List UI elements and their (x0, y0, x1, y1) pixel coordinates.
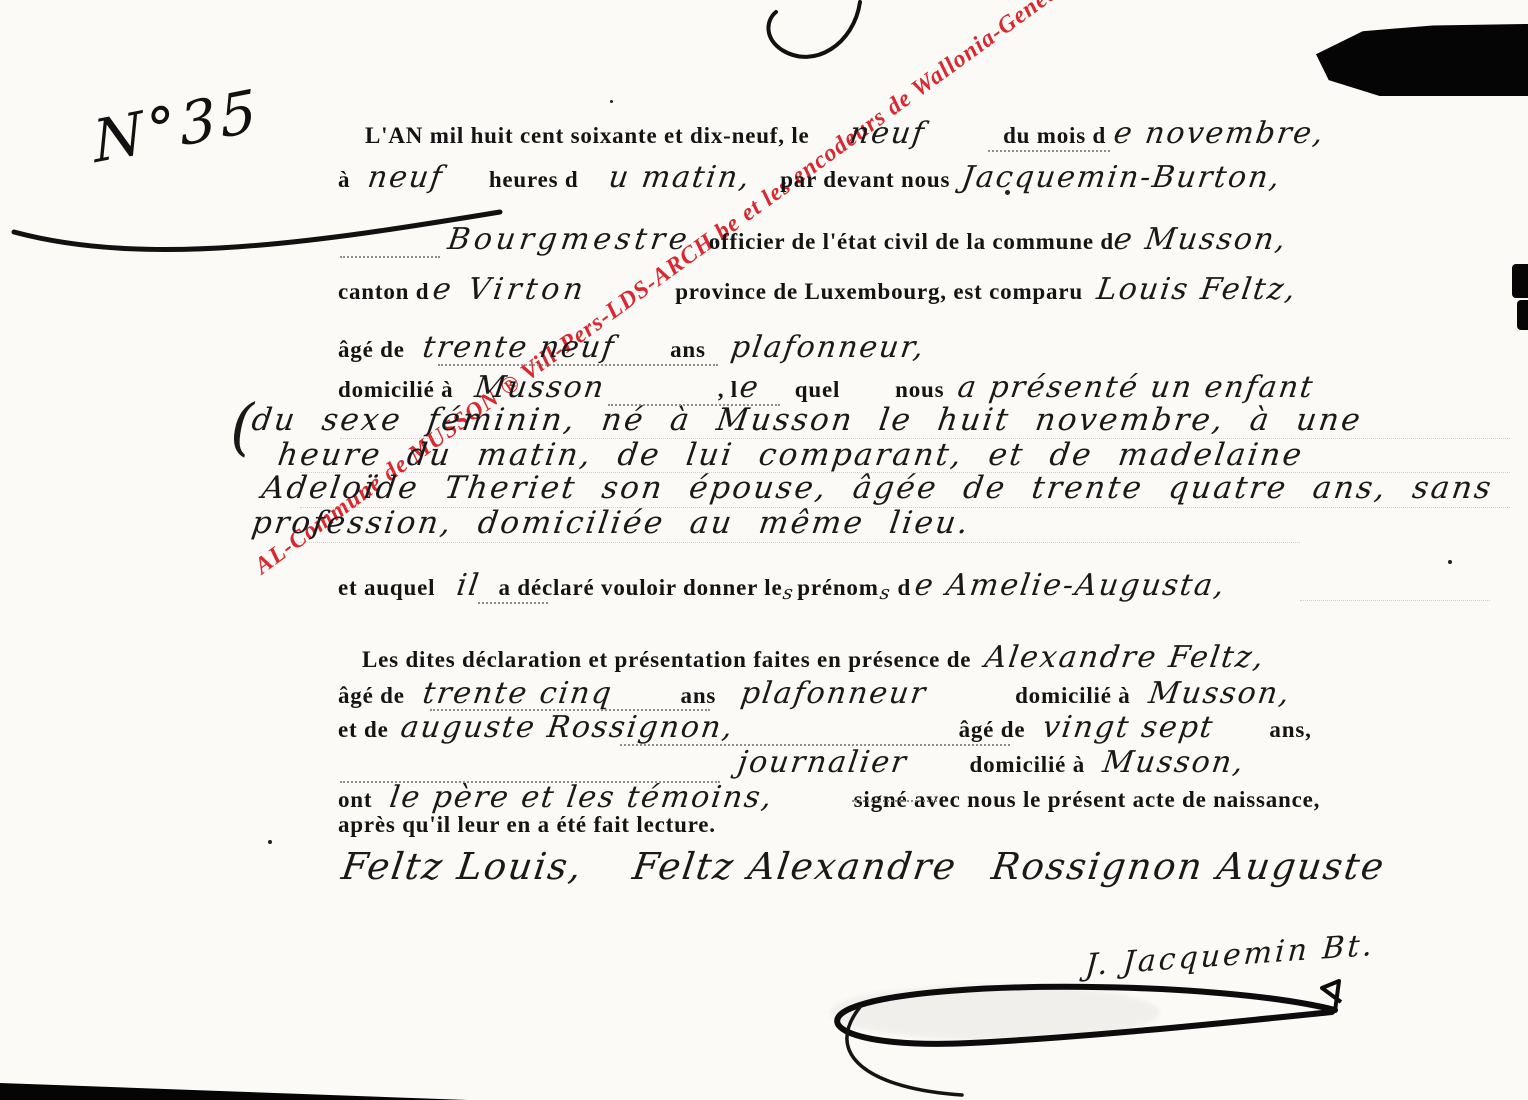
printed-segment: Les dites déclaration et présentation fa… (362, 647, 971, 673)
form-rule (340, 781, 720, 783)
printed-segment: du mois d (1003, 123, 1106, 149)
form-rule (300, 507, 1510, 508)
ink-speck (268, 840, 272, 844)
printed-segment: officier de l'état civil de la commune d (709, 229, 1114, 255)
written-segment: s (782, 582, 795, 604)
form-rule (300, 472, 1510, 473)
form-rule (852, 800, 937, 802)
printed-segment: province de Luxembourg, est comparu (675, 279, 1083, 305)
written-segment: s (878, 582, 891, 604)
act-number-underline-flourish (8, 190, 508, 270)
ink-speck (610, 100, 613, 103)
signature-witness1: Feltz Alexandre (630, 845, 960, 888)
printed-segment: heures d (489, 167, 579, 193)
line-lecture-clause: après qu'il leur en a été fait lecture. (338, 812, 716, 838)
line-mother-details: Adeloïde Theriet son épouse, âgée de tre… (262, 470, 1493, 506)
line-child-birth-details-2: heure du matin, de lui comparant, et de … (278, 437, 1304, 473)
written-segment: Bourgmestre (446, 222, 694, 257)
written-segment: il (455, 568, 483, 603)
printed-segment: à (338, 167, 350, 193)
form-rule (620, 744, 1010, 746)
scanned-birth-act-document: AL-Commune de MUSSON ® Vill-Pers-LDS-ARC… (0, 0, 1528, 1100)
printed-segment: ont (338, 787, 372, 813)
written-segment: profession, domiciliée au même lieu. (249, 505, 972, 541)
ink-speck (1448, 560, 1452, 564)
line-child-birth-details-1: du sexe féminin, né à Musson le huit nov… (252, 402, 1362, 438)
scanner-edge-mark (1512, 264, 1528, 298)
written-segment: neuf (366, 160, 446, 195)
written-segment: e Musson, (1112, 222, 1290, 257)
signature-officer: J. Jacquemin Bt. (1084, 928, 1376, 984)
printed-segment: d (897, 575, 911, 601)
written-segment: neuf (847, 116, 927, 151)
signature-witness2: Rossignon Auguste (989, 845, 1388, 888)
form-rule (988, 150, 1110, 152)
scanner-edge-mark (1517, 300, 1528, 330)
printed-segment: canton d (338, 279, 429, 305)
written-segment: Adeloïde Theriet son épouse, âgée de tre… (259, 470, 1495, 506)
written-segment: a présenté un enfant (956, 370, 1317, 405)
written-segment: vingt sept (1041, 710, 1217, 745)
form-rule (608, 404, 780, 406)
line-hour-and-officer: àneufheures du matin,par devant nousJacq… (338, 160, 1281, 195)
line-witness2-profession-domicile: journalierdomicilié àMusson, (738, 745, 1245, 780)
form-rule (478, 602, 548, 604)
written-segment: du sexe féminin, né à Musson le huit nov… (249, 402, 1364, 438)
form-rule (340, 438, 1510, 439)
line-signature-clause: ontle père et les témoins,signé avec nou… (338, 780, 1320, 815)
written-segment: e novembre, (1112, 116, 1328, 151)
written-segment: plafonneur, (728, 330, 927, 365)
line-given-names: et auquelila déclaré vouloir donner lesp… (338, 568, 1226, 604)
written-segment: heure du matin, de lui comparant, et de … (275, 437, 1306, 473)
written-segment: journalier (736, 745, 910, 780)
form-rule (300, 542, 1300, 543)
line-officer-title: Bourgmestreofficier de l'état civil de l… (448, 222, 1287, 257)
bottom-left-shadow (0, 1083, 468, 1100)
printed-segment: âgé de (338, 337, 405, 363)
printed-segment: après qu'il leur en a été fait lecture. (338, 812, 716, 838)
signature-father: Feltz Louis, (339, 845, 586, 888)
printed-segment: prénom (797, 575, 878, 601)
official-signature: J. Jacquemin Bt. (1084, 928, 1376, 983)
printed-segment: par devant nous (780, 167, 950, 193)
printed-segment: L'AN mil huit cent soixante et dix-neuf,… (365, 123, 810, 149)
signatures-row: Feltz Louis,Feltz AlexandreRossignon Aug… (342, 845, 1385, 888)
written-segment: u matin, (606, 160, 753, 195)
written-segment: Musson, (1101, 745, 1248, 780)
printed-segment: ans (670, 337, 706, 363)
printed-segment: domicilié à (338, 377, 453, 403)
printed-segment: ans (681, 683, 717, 709)
written-segment: Alexandre Feltz, (983, 640, 1268, 675)
form-rule (1300, 600, 1490, 601)
pencil-smudge (830, 985, 1160, 1040)
line-witness-intro: Les dites déclaration et présentation fa… (362, 640, 1265, 675)
line-canton-province: canton de Virtonprovince de Luxembourg, … (338, 272, 1297, 307)
written-segment: trente neuf (420, 330, 617, 365)
printed-segment: et de (338, 717, 389, 743)
line-declarant-domicile: domicilié àMusson, lequelnousa présenté … (338, 370, 1315, 405)
form-rule (438, 364, 718, 366)
written-segment: e (738, 370, 763, 405)
printed-segment: nous (895, 377, 944, 403)
line-mother-domicile: profession, domiciliée au même lieu. (252, 505, 970, 541)
top-page-flourish (752, 0, 872, 85)
printed-segment: quel (795, 377, 840, 403)
written-segment: Louis Feltz, (1094, 272, 1299, 307)
printed-segment: , l (718, 377, 738, 403)
printed-segment: domicilié à (970, 752, 1085, 778)
act-number: N°35 (91, 76, 263, 176)
written-segment: le père et les témoins, (388, 780, 776, 815)
printed-segment: a déclaré vouloir donner le (499, 575, 783, 601)
written-segment: auguste Rossignon, (398, 710, 736, 745)
written-segment: plafonneur (739, 676, 930, 711)
line-declarant-age-profession: âgé detrente neufansplafonneur, (338, 330, 925, 365)
ink-blot-top-right (1316, 24, 1528, 96)
form-rule (340, 256, 440, 258)
written-segment: e Virton (431, 272, 590, 307)
printed-segment: domicilié à (1015, 683, 1130, 709)
line-witness2-name-age: et deauguste Rossignon,âgé devingt septa… (338, 710, 1312, 745)
written-segment: e Amelie-Augusta, (913, 568, 1229, 603)
form-rule (430, 709, 710, 711)
printed-segment: âgé de (338, 683, 405, 709)
printed-segment: et auquel (338, 575, 435, 601)
printed-segment: âgé de (959, 717, 1026, 743)
written-segment: Musson, (1146, 676, 1293, 711)
line-year-and-day: L'AN mil huit cent soixante et dix-neuf,… (365, 116, 1325, 151)
line-witness1-details: âgé detrente cinqansplafonneurdomicilié … (338, 676, 1290, 711)
written-segment: Jacquemin-Burton, (960, 160, 1284, 195)
printed-segment: ans, (1269, 717, 1311, 743)
written-segment: trente cinq (420, 676, 615, 711)
written-segment: Musson (473, 370, 608, 405)
